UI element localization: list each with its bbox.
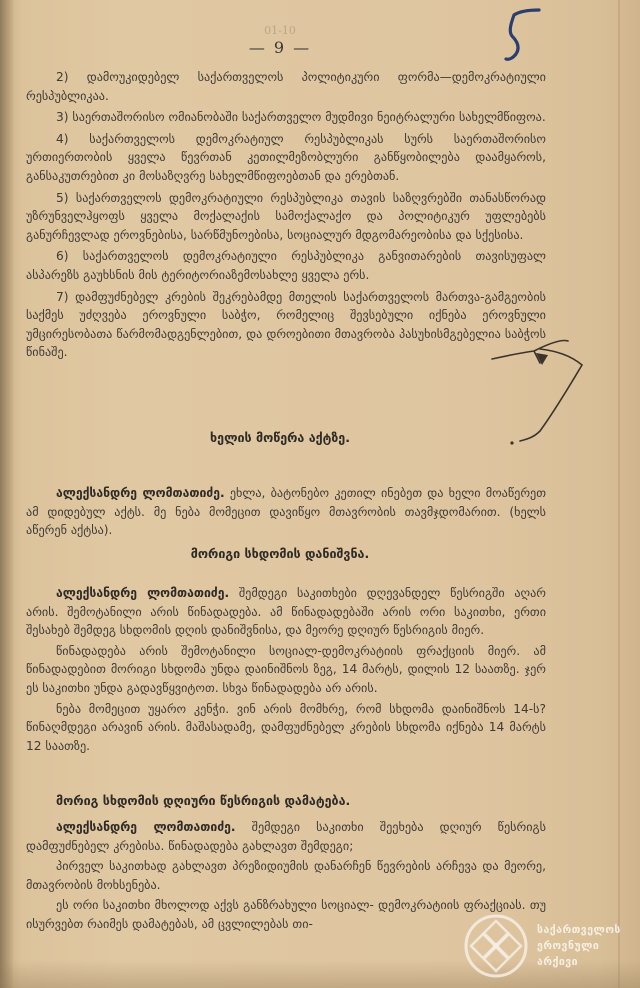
speech-paragraph: პირველ საკითხად გახლავთ პრეზიდიუმის დანა…: [26, 857, 546, 894]
article-3: 3) საერთაშორისო ომიანობაში საქართველო მუ…: [26, 108, 546, 127]
page-crease: [618, 0, 620, 988]
article-4: 4) საქართველოს დემოკრატიულ რესპუბლიკას ს…: [26, 130, 546, 186]
national-archive-watermark: საქართველოს ეროვნული არქივი: [463, 913, 633, 979]
speech-paragraph: ნება მომეცით უყარო კენჭი. ვინ არის მომხრ…: [26, 700, 546, 756]
archive-name: საქართველოს ეროვნული არქივი: [537, 922, 621, 970]
ghost-page-number: 01-10: [0, 24, 560, 37]
speech-paragraph: ალექსანდრე ლომთათიძე. ეხლა, ბატონებო კეთ…: [26, 484, 546, 540]
speaker-name: ალექსანდრე ლომთათიძე.: [56, 586, 229, 600]
archive-name-line: არქივი: [537, 954, 621, 970]
article-2: 2) დამოუკიდებელ საქართველოს პოლიტიკური ფ…: [26, 68, 546, 105]
article-7: 7) დამფუძნებელ კრების შეკრებამდე მთელის …: [26, 288, 546, 362]
speech-paragraph: ალექსანდრე ლომთათიძე. შემდეგი საკითხები …: [26, 584, 546, 640]
article-5: 5) საქართველოს დემოკრატიული რესპუბლიკა თ…: [26, 189, 546, 245]
archive-emblem-icon: [463, 913, 529, 979]
pen-annotation-icon: [490, 335, 600, 445]
articles-block: 2) დამოუკიდებელ საქართველოს პოლიტიკური ფ…: [26, 68, 546, 362]
heading-next-session: მორიგი სხდომის დანიშვნა.: [0, 546, 560, 561]
page-number: — 9 —: [0, 38, 560, 57]
heading-signing-act: ხელის მოწერა აქტზე.: [0, 430, 560, 445]
speaker-name: ალექსანდრე ლომთათიძე.: [56, 486, 225, 500]
page-left-edge: [0, 0, 14, 988]
speech-paragraph: ალექსანდრე ლომთათიძე. შემდეგი საკითხი შე…: [26, 818, 546, 855]
heading-agenda-addition: მორიგ სხდომის დღიური წესრიგის დამატება.: [56, 793, 350, 808]
signing-section: ალექსანდრე ლომთათიძე. ეხლა, ბატონებო კეთ…: [26, 484, 546, 540]
speaker-name: ალექსანდრე ლომთათიძე.: [56, 820, 236, 834]
next-session-section: ალექსანდრე ლომთათიძე. შემდეგი საკითხები …: [26, 584, 546, 755]
archive-name-line: საქართველოს: [537, 922, 621, 938]
speech-paragraph: წინადადება არის შემოტანილი სოციალ-დემოკრ…: [26, 642, 546, 698]
document-page: 01-10 — 9 — 2) დამოუკიდებელ საქართველოს …: [0, 0, 640, 988]
article-6: 6) საქართველოს დემოკრატიული რესპუბლიკა გ…: [26, 247, 546, 284]
archive-name-line: ეროვნული: [537, 938, 621, 954]
handwritten-five-icon: [494, 4, 544, 64]
